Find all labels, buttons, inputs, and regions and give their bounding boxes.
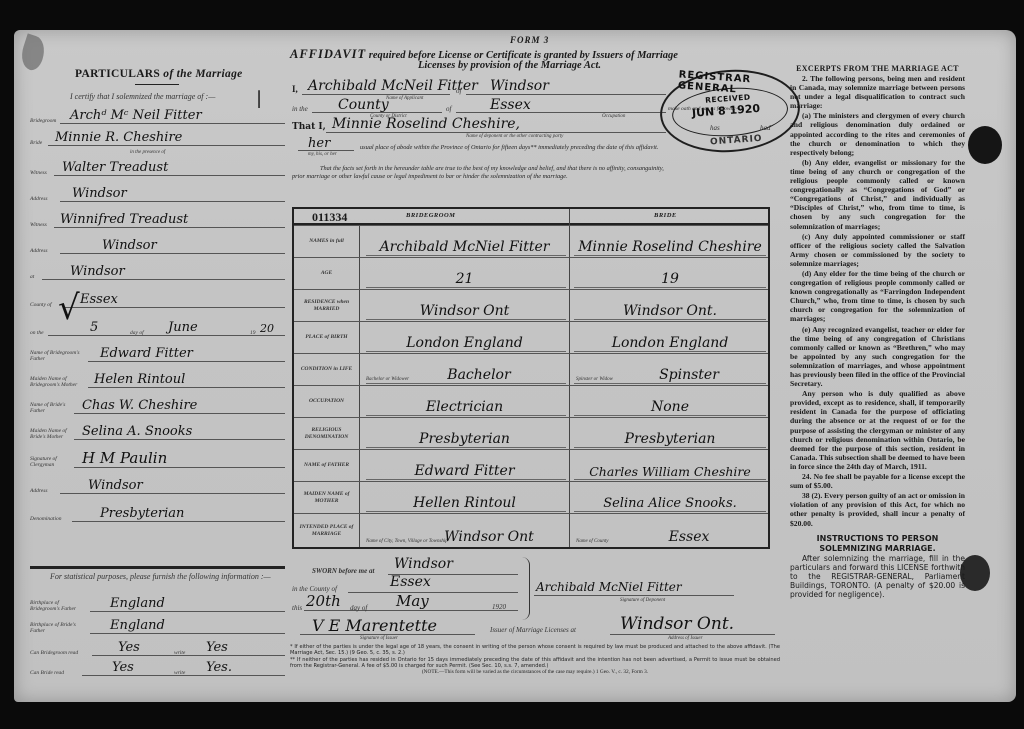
- field-bride-father-birthplace: Birthplace of Bride's Father England: [30, 616, 285, 636]
- sworn-label: SWORN before me at: [312, 567, 374, 575]
- field-groom-father: Name of Bridegroom's Father Edward Fitte…: [30, 344, 285, 364]
- table-row-condition: CONDITION in LIFE Bachelor or Widower Ba…: [294, 353, 768, 385]
- sworn-county: Essex: [390, 574, 431, 590]
- particulars-section: PARTICULARS of the Marriage I certify th…: [30, 32, 285, 672]
- field-date: on the 5 day of June 19 20: [30, 318, 285, 338]
- i-label: I,: [292, 84, 298, 94]
- divider: [135, 84, 179, 85]
- table-row-age: AGE 21 19: [294, 257, 768, 289]
- applicant-place: Windsor: [490, 78, 549, 94]
- applicant-name: Archibald McNeil Fitter: [308, 78, 478, 94]
- sworn-month: May: [396, 592, 429, 610]
- footnote-residence: ** If neither of the parties has resided…: [290, 657, 780, 670]
- footnotes: * If either of the parties is under the …: [290, 644, 780, 675]
- field-witness-2: Witness Winnifred Treadust: [30, 210, 285, 230]
- field-clergyman-address: Address Windsor: [30, 476, 285, 496]
- field-clergyman-signature: Signature of Clergyman H M Paulin: [30, 450, 285, 470]
- instructions-body: After solemnizing the marriage, fill in …: [790, 554, 965, 599]
- table-row-mother: MAIDEN NAME of MOTHER Hellen Rintoul Sel…: [294, 481, 768, 513]
- field-bridegroom: Bridegroom Archᵈ Mᶜ Neil Fitter: [30, 106, 285, 126]
- sworn-year: 1920: [492, 603, 506, 611]
- col-bridegroom: BRIDEGROOM: [406, 212, 455, 219]
- excerpts-title: EXCERPTS FROM THE MARRIAGE ACT: [790, 64, 965, 73]
- table-row-religion: RELIGIOUS DENOMINATION Presbyterian Pres…: [294, 417, 768, 449]
- facts-text-1: That the facts set forth in the hereunde…: [320, 165, 664, 172]
- footnote-note: (NOTE.—This form will be varied as the c…: [290, 669, 780, 675]
- field-bride-read-write: Can Bride read Yes write Yes.: [30, 658, 285, 678]
- field-address-1: Address Windsor: [30, 184, 285, 204]
- field-bride-father: Name of Bride's Father Chas W. Cheshire: [30, 396, 285, 416]
- issuer-signature: V E Marentette: [312, 616, 437, 635]
- table-row-names: NAMES in full Archibald McNiel Fitter Mi…: [294, 225, 768, 257]
- footnote-age: * If either of the parties is under the …: [290, 644, 780, 657]
- sworn-day: 20th: [306, 592, 341, 610]
- particulars-table: 011334 BRIDEGROOM BRIDE NAMES in full Ar…: [292, 207, 770, 549]
- table-row-occupation: OCCUPATION Electrician None: [294, 385, 768, 417]
- certify-text: I certify that I solemnized the marriage…: [70, 92, 215, 101]
- county-type: County: [338, 97, 389, 113]
- form-number: FORM 3: [510, 35, 549, 45]
- facts-text-2: prior marriage or other lawful cause or …: [292, 173, 568, 180]
- field-bride-mother: Maiden Name of Bride's Mother Selina A. …: [30, 422, 285, 442]
- field-groom-mother: Maiden Name of Bridegroom's Mother Helen…: [30, 370, 285, 390]
- presence-caption: in the presence of: [130, 150, 165, 155]
- marriage-act-excerpts: EXCERPTS FROM THE MARRIAGE ACT 2. The fo…: [790, 64, 965, 684]
- sworn-place: Windsor: [394, 556, 453, 572]
- instructions-title: INSTRUCTIONS TO PERSON SOLEMNIZING MARRI…: [790, 534, 965, 554]
- particulars-title: PARTICULARS of the Marriage: [75, 68, 243, 80]
- table-row-residence: RESIDENCE when MARRIED Windsor Ont Winds…: [294, 289, 768, 321]
- divider: [30, 566, 285, 569]
- field-at: at Windsor: [30, 262, 285, 282]
- punch-hole: [968, 126, 1002, 164]
- abode-text: usual place of abode within the Province…: [360, 144, 658, 151]
- deponent-name: Minnie Roselind Cheshire,: [332, 116, 520, 132]
- field-address-2: Address Windsor: [30, 236, 285, 256]
- field-groom-father-birthplace: Birthplace of Bridegroom's Father Englan…: [30, 594, 285, 614]
- issuer-place: Windsor Ont.: [620, 614, 734, 634]
- table-row-intended-place: INTENDED PLACE of MARRIAGE Name of City,…: [294, 513, 768, 547]
- registration-number: 011334: [312, 210, 347, 225]
- table-row-father: NAME of FATHER Edward Fitter Charles Wil…: [294, 449, 768, 481]
- field-witness-1: Witness Walter Treadust: [30, 158, 285, 178]
- deponent-signature: Archibald McNiel Fitter: [536, 580, 682, 594]
- affidavit-subtitle: Licenses by provision of the Marriage Ac…: [418, 60, 601, 71]
- county-name: Essex: [490, 97, 531, 113]
- pronoun: her: [308, 136, 330, 151]
- col-bride: BRIDE: [654, 212, 677, 219]
- statistical-intro: For statistical purposes, please furnish…: [30, 572, 285, 582]
- table-header: 011334 BRIDEGROOM BRIDE: [294, 209, 768, 225]
- field-bride: Bride Minnie R. Cheshire: [30, 128, 285, 148]
- table-row-birthplace: PLACE of BIRTH London England London Eng…: [294, 321, 768, 353]
- field-denomination: Denomination Presbyterian: [30, 504, 285, 524]
- field-groom-read-write: Can Bridegroom read Yes write Yes: [30, 638, 285, 658]
